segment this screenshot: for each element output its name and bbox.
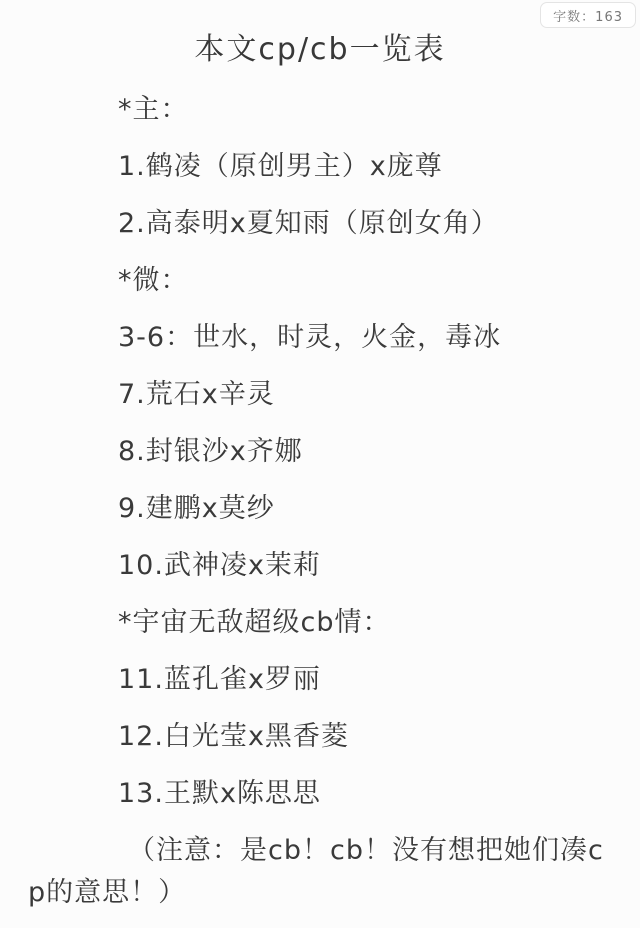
list-line: *主： xyxy=(118,89,612,131)
list-line: 9.建鹏x莫纱 xyxy=(118,488,612,530)
list-line: 10.武神凌x茉莉 xyxy=(118,545,612,587)
word-count-text: 字数：163 xyxy=(553,6,623,25)
list-line: 3-6：世水，时灵，火金，毒冰 xyxy=(118,317,612,359)
document-body: *主：1.鹤凌（原创男主）x庞尊2.高泰明x夏知雨（原创女角）*微：3-6：世水… xyxy=(0,68,640,914)
word-count-badge: 字数：163 xyxy=(540,2,636,28)
note-paragraph: （注意：是cb！cb！没有想把她们凑cp的意思！） xyxy=(28,830,612,914)
cp-list: *主：1.鹤凌（原创男主）x庞尊2.高泰明x夏知雨（原创女角）*微：3-6：世水… xyxy=(28,89,612,815)
document-page: 字数：163 本文cp/cb一览表 *主：1.鹤凌（原创男主）x庞尊2.高泰明x… xyxy=(0,0,640,928)
list-line: 2.高泰明x夏知雨（原创女角） xyxy=(118,203,612,245)
list-line: 1.鹤凌（原创男主）x庞尊 xyxy=(118,146,612,188)
list-line: 8.封银沙x齐娜 xyxy=(118,431,612,473)
list-line: 12.白光莹x黑香菱 xyxy=(118,716,612,758)
list-line: *宇宙无敌超级cb情： xyxy=(118,602,612,644)
list-line: 7.荒石x辛灵 xyxy=(118,374,612,416)
list-line: 11.蓝孔雀x罗丽 xyxy=(118,659,612,701)
list-line: 13.王默x陈思思 xyxy=(118,773,612,815)
list-line: *微： xyxy=(118,260,612,302)
